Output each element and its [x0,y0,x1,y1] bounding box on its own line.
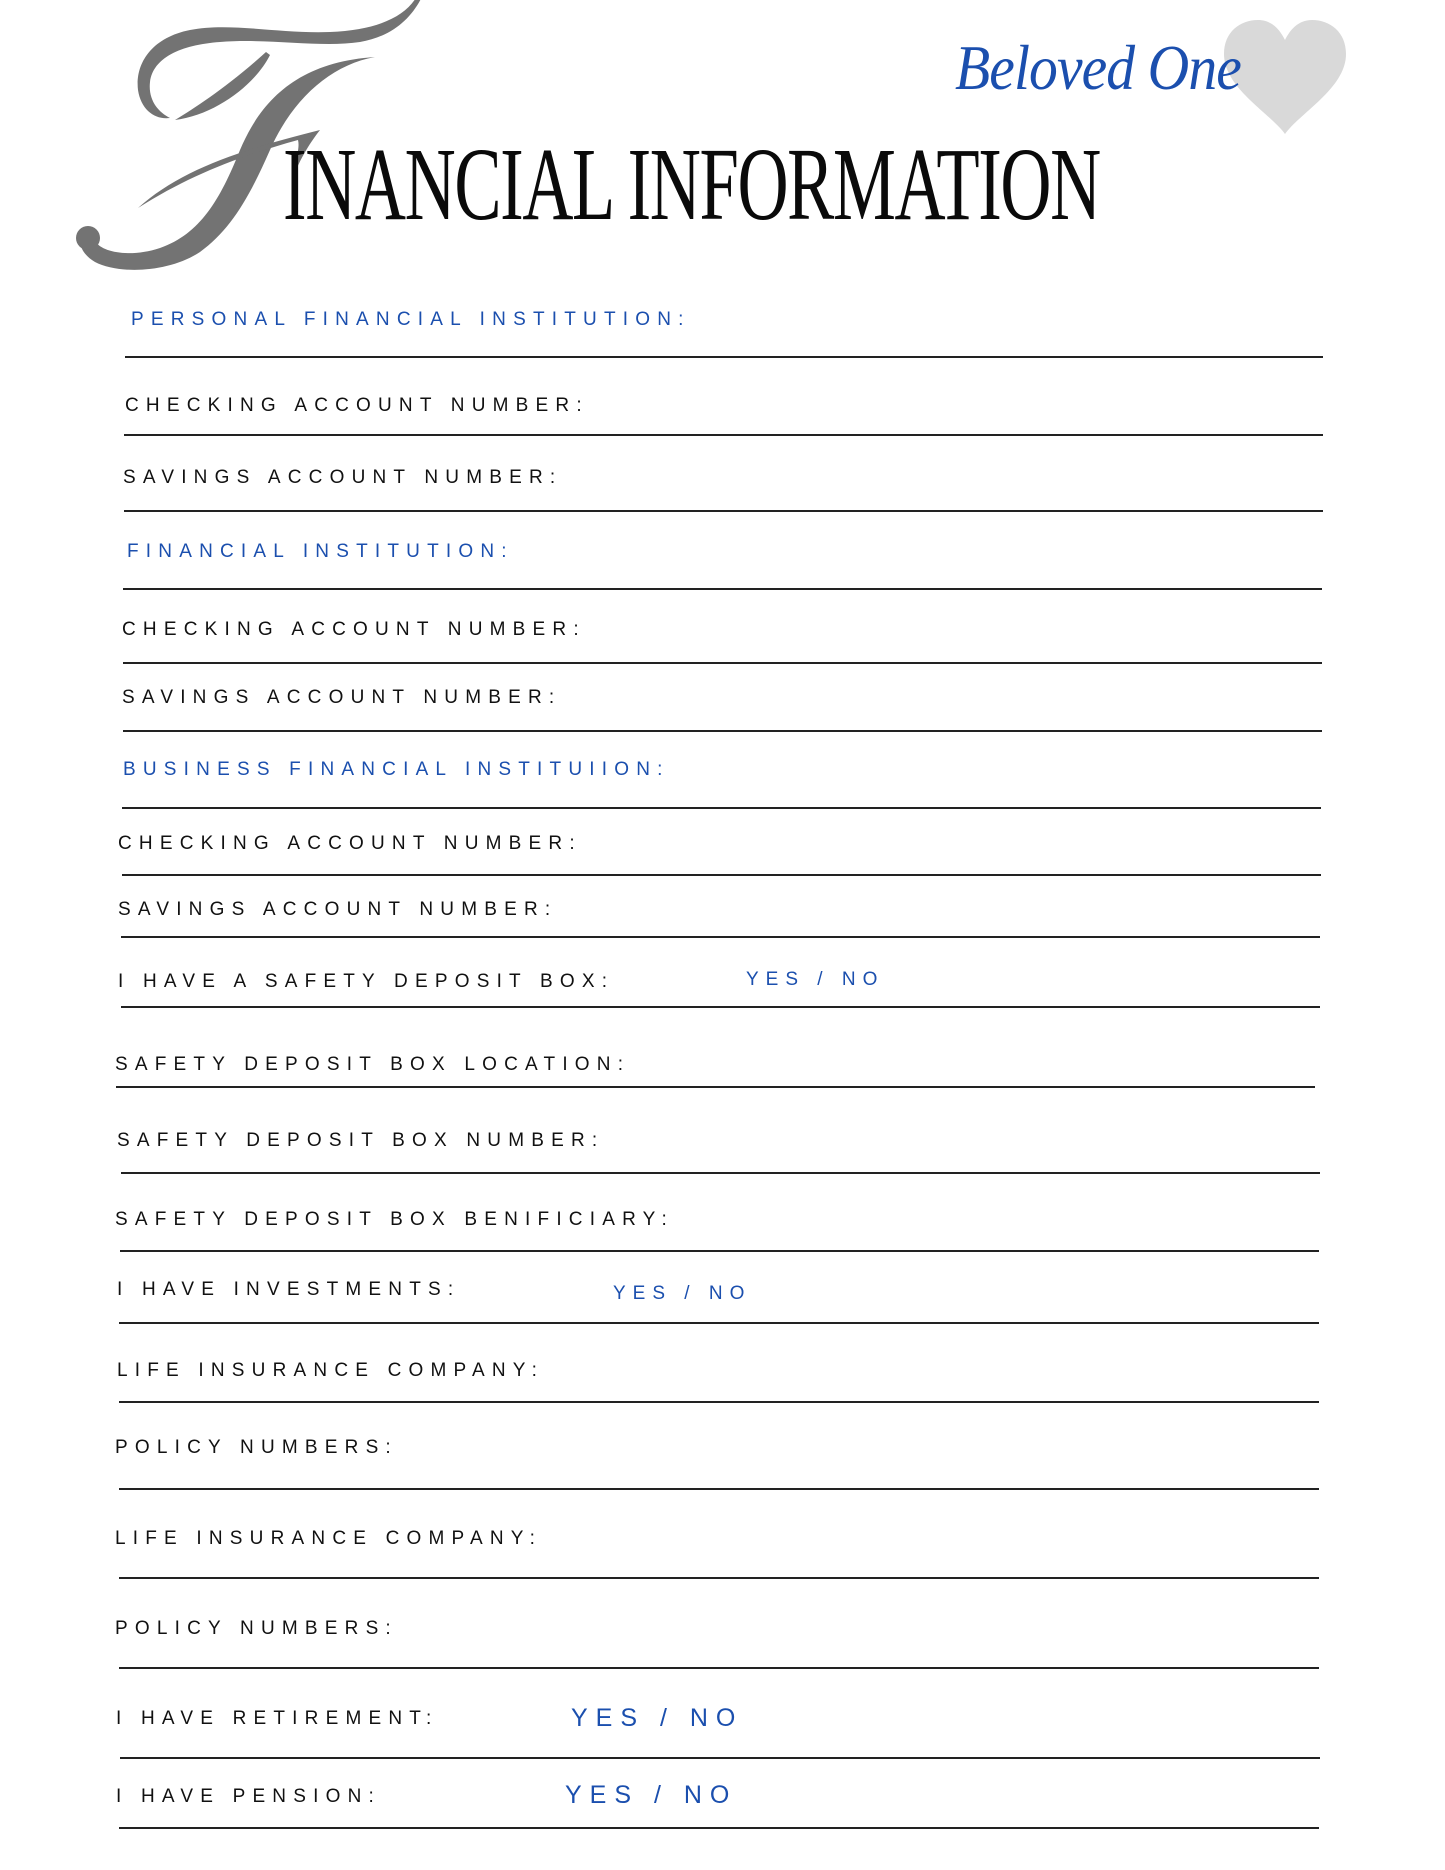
input-line-savings-account-number-3[interactable] [121,936,1320,938]
tagline-beloved-one: Beloved One [955,28,1241,108]
input-line-safety-deposit-box[interactable] [121,1006,1320,1008]
label-life-insurance-company-1: LIFE INSURANCE COMPANY: [117,1360,544,1382]
input-line-checking-account-number-1[interactable] [124,434,1323,436]
input-line-personal-financial-institution[interactable] [125,356,1323,358]
input-line-policy-numbers-2[interactable] [119,1667,1319,1669]
label-financial-institution: FINANCIAL INSTITUTION: [127,541,514,563]
input-line-life-insurance-company-2[interactable] [119,1577,1319,1579]
yes-no-choice-safety-deposit-box[interactable]: YES / NO [746,969,884,991]
label-safety-deposit-box: I HAVE A SAFETY DEPOSIT BOX: [118,971,614,993]
input-line-safety-deposit-box-beneficiary[interactable] [120,1250,1319,1252]
input-line-checking-account-number-2[interactable] [123,662,1322,664]
input-line-savings-account-number-2[interactable] [123,730,1322,732]
input-line-investments[interactable] [119,1322,1319,1324]
yes-no-choice-retirement[interactable]: YES / NO [571,1704,743,1732]
label-savings-account-number-2: SAVINGS ACCOUNT NUMBER: [122,687,561,709]
label-savings-account-number-1: SAVINGS ACCOUNT NUMBER: [123,467,562,489]
yes-no-choice-investments[interactable]: YES / NO [613,1283,751,1305]
input-line-safety-deposit-box-number[interactable] [121,1172,1320,1174]
label-policy-numbers-1: POLICY NUMBERS: [115,1437,398,1459]
label-savings-account-number-3: SAVINGS ACCOUNT NUMBER: [118,899,557,921]
label-safety-deposit-box-beneficiary: SAFETY DEPOSIT BOX BENIFICIARY: [115,1209,674,1231]
label-life-insurance-company-2: LIFE INSURANCE COMPANY: [115,1528,542,1550]
label-checking-account-number-3: CHECKING ACCOUNT NUMBER: [118,833,582,855]
input-line-financial-institution[interactable] [123,588,1322,590]
input-line-life-insurance-company-1[interactable] [119,1401,1319,1403]
input-line-policy-numbers-1[interactable] [119,1488,1319,1490]
label-business-financial-institution: BUSINESS FINANCIAL INSTITUIION: [123,759,670,781]
input-line-checking-account-number-3[interactable] [122,874,1321,876]
input-line-safety-deposit-box-location[interactable] [116,1086,1315,1088]
page-title: INANCIAL INFORMATION [283,135,1100,235]
yes-no-choice-pension[interactable]: YES / NO [565,1781,737,1809]
label-checking-account-number-2: CHECKING ACCOUNT NUMBER: [122,619,586,641]
label-safety-deposit-box-location: SAFETY DEPOSIT BOX LOCATION: [115,1054,630,1076]
input-line-savings-account-number-1[interactable] [124,510,1323,512]
label-safety-deposit-box-number: SAFETY DEPOSIT BOX NUMBER: [117,1130,604,1152]
input-line-retirement[interactable] [120,1757,1320,1759]
label-pension: I HAVE PENSION: [116,1786,381,1808]
input-line-business-financial-institution[interactable] [122,807,1321,809]
financial-information-page: INANCIAL INFORMATION Beloved One PERSONA… [0,0,1445,1870]
label-retirement: I HAVE RETIREMENT: [116,1708,438,1730]
label-investments: I HAVE INVESTMENTS: [117,1279,460,1301]
input-line-pension[interactable] [119,1827,1319,1829]
label-policy-numbers-2: POLICY NUMBERS: [115,1618,398,1640]
label-checking-account-number-1: CHECKING ACCOUNT NUMBER: [125,395,589,417]
label-personal-financial-institution: PERSONAL FINANCIAL INSTITUTION: [131,309,691,331]
